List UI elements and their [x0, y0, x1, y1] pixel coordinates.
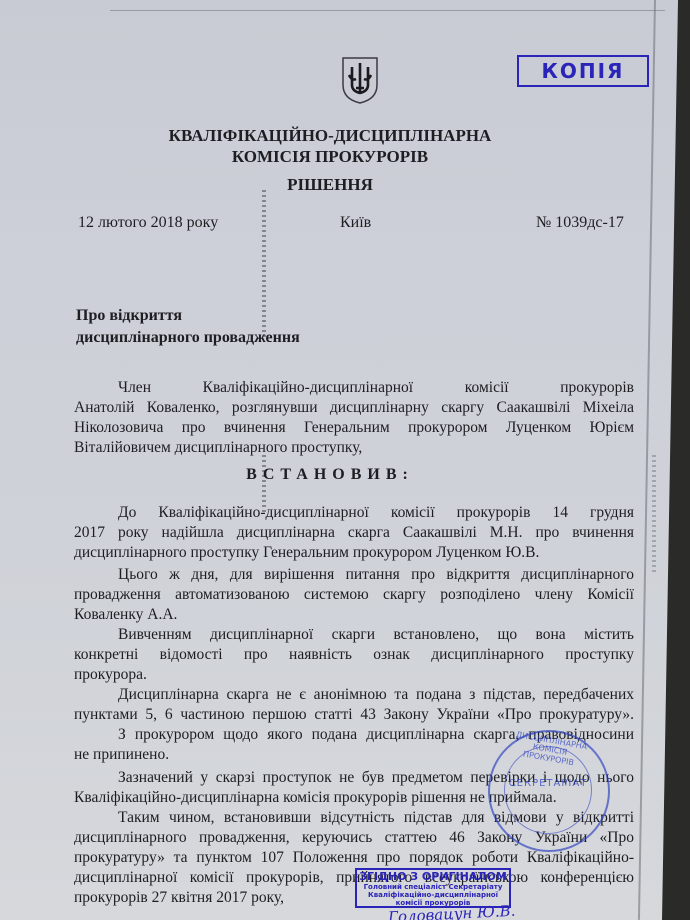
top-rule [110, 10, 665, 11]
paragraph-line: дисциплінарної комісії прокурорів, прийн… [74, 868, 634, 888]
paragraph-complaint-received: До Кваліфікаційно-дисциплінарної комісії… [74, 503, 634, 563]
certified-copy-stamp: ЗГІДНО З ОРИГІНАЛОМ Головний спеціаліст … [355, 868, 511, 908]
stamp-line: Головний спеціаліст Секретаріату [357, 883, 509, 891]
paragraph-line: пунктами 5, 6 частиною першою статті 43 … [74, 705, 634, 725]
document-date: 12 лютого 2018 року [78, 213, 218, 233]
document-subject: Про відкриття дисциплінарного провадженн… [76, 305, 300, 349]
seal-center-text: СЕКРЕТАРІАТ [508, 778, 588, 789]
paragraph-line: Дисциплінарна скарга не є анонімною та п… [74, 685, 634, 705]
paragraph-study: Вивченням дисциплінарної скарги встановл… [74, 625, 634, 685]
intro-line: Ніколозовича про вчинення Генеральним пр… [74, 418, 634, 438]
paragraph-line: Коваленку А.А. [74, 605, 634, 625]
trident-coat-of-arms-icon [340, 55, 380, 105]
paragraph-distribution: Цього ж дня, для вирішення питання про в… [74, 565, 634, 625]
intro-line: Член Кваліфікаційно-дисциплінарної коміс… [74, 378, 634, 398]
paragraph-line: провадження автоматизованою системою ска… [74, 585, 634, 605]
seal-inner-ring [504, 746, 592, 834]
paragraph-line: 2017 року надійшла дисциплінарна скарга … [74, 523, 634, 543]
intro-line: Віталійовичем дисциплінарного проступку, [74, 438, 634, 458]
paragraph-line: До Кваліфікаційно-дисциплінарної комісії… [74, 503, 634, 523]
paragraph-line: конкретні відомості про наявність ознак … [74, 645, 634, 665]
document-city: Київ [340, 213, 371, 233]
paragraph-line: прокурора. [74, 665, 634, 685]
org-line-2: КОМІСІЯ ПРОКУРОРІВ [0, 146, 660, 167]
document-page: КОПІЯ КВАЛІФІКАЦІЙНО-ДИСЦИПЛІНАРНА КОМІС… [0, 0, 680, 920]
section-heading: ВСТАНОВИВ: [0, 465, 660, 485]
copy-stamp: КОПІЯ [517, 55, 649, 87]
subject-line-1: Про відкриття [76, 305, 300, 327]
organization-name: КВАЛІФІКАЦІЙНО-ДИСЦИПЛІНАРНА КОМІСІЯ ПРО… [0, 125, 660, 167]
paragraph-line: Цього ж дня, для вирішення питання про в… [74, 565, 634, 585]
document-type: РІШЕННЯ [0, 175, 660, 195]
subject-line-2: дисциплінарного провадження [76, 327, 300, 349]
paragraph-line: дисциплінарного проступку Генеральним пр… [74, 543, 634, 563]
paragraph-line: Вивченням дисциплінарної скарги встановл… [74, 625, 634, 645]
stamp-heading: ЗГІДНО З ОРИГІНАЛОМ [357, 870, 509, 883]
stamp-line: Кваліфікаційно-дисциплінарної [357, 891, 509, 899]
secretariat-seal: ДИСЦИПЛІНАРНА КОМІСІЯ ПРОКУРОРІВ СЕКРЕТА… [488, 730, 610, 852]
document-number: № 1039дс-17 [536, 213, 624, 233]
paragraph-line: прокурорів 27 квітня 2017 року, [74, 888, 634, 908]
paragraph-not-anonymous: Дисциплінарна скарга не є анонімною та п… [74, 685, 634, 725]
intro-line: Анатолій Коваленко, розглянувши дисциплі… [74, 398, 634, 418]
intro-paragraph: Член Кваліфікаційно-дисциплінарної коміс… [74, 378, 634, 458]
org-line-1: КВАЛІФІКАЦІЙНО-ДИСЦИПЛІНАРНА [0, 125, 660, 146]
